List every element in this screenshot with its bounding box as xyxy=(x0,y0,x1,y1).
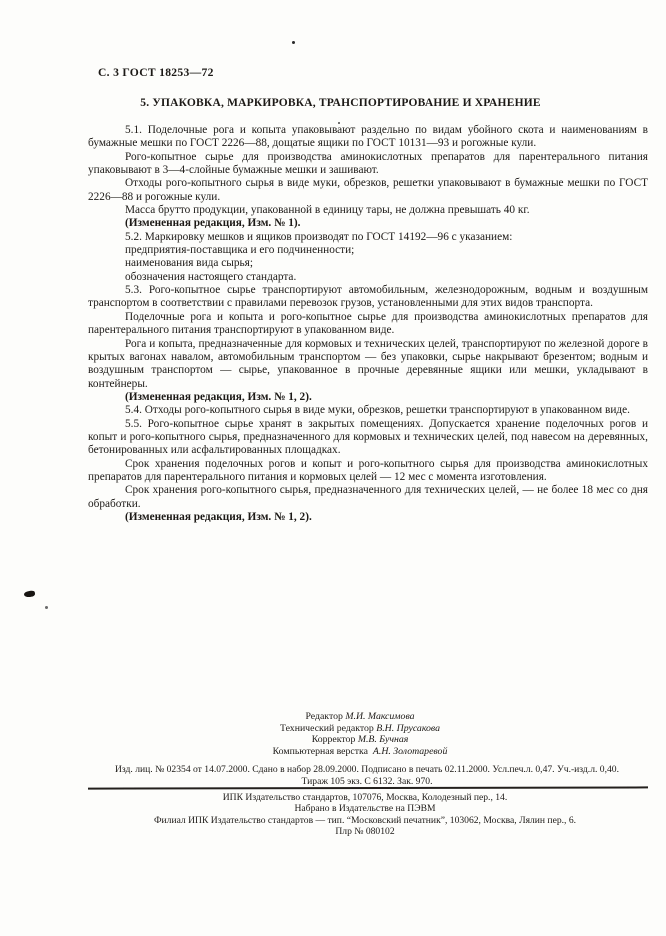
list-item: обозначения настоящего стандарта. xyxy=(88,271,648,284)
paragraph: Поделочные рога и копыта и рого-копытное… xyxy=(88,311,648,338)
paragraph: 5.5. Рого-копытное сырье хранят в закрыт… xyxy=(88,418,648,458)
scan-ink-smudge xyxy=(24,590,36,597)
imprint-block: Изд. лиц. № 02354 от 14.07.2000. Сдано в… xyxy=(84,764,650,788)
credit-name: А.Н. Золотаревой xyxy=(373,746,447,757)
paragraph: 5.4. Отходы рого-копытного сырья в виде … xyxy=(88,404,648,417)
publisher-line: Плр № 080102 xyxy=(82,826,648,837)
paragraph: Рога и копыта, предназначенные для кормо… xyxy=(88,338,648,391)
credit-line: Компьютерная верстка А.Н. Золотаревой xyxy=(80,746,640,758)
credit-role: Технический редактор xyxy=(280,723,374,734)
publisher-line: Филиал ИПК Издательство стандартов — тип… xyxy=(82,815,648,826)
credit-name: В.Н. Прусакова xyxy=(376,723,440,734)
paragraph: 5.2. Маркировку мешков и ящиков производ… xyxy=(88,231,648,244)
publisher-line: ИПК Издательство стандартов, 107076, Мос… xyxy=(82,792,648,803)
paragraph: Рого-копытное сырье для производства ами… xyxy=(88,151,648,178)
list-item: предприятия-поставщика и его подчиненнос… xyxy=(88,244,648,257)
scan-speck xyxy=(338,122,340,124)
amendment-note: (Измененная редакция, Изм. № 1). xyxy=(88,217,648,230)
document-body: 5.1. Поделочные рога и копыта упаковываю… xyxy=(88,124,648,524)
scan-speck xyxy=(292,41,295,44)
credit-name: М.В. Бучная xyxy=(358,734,409,745)
amendment-note: (Измененная редакция, Изм. № 1, 2). xyxy=(88,391,648,404)
credit-line: Корректор М.В. Бучная xyxy=(80,734,640,746)
credit-line: Редактор М.И. Максимова xyxy=(80,711,640,723)
credit-role: Редактор xyxy=(305,711,342,722)
list-item: наименования вида сырья; xyxy=(88,257,648,270)
credit-role: Корректор xyxy=(312,734,356,745)
credit-line: Технический редактор В.Н. Прусакова xyxy=(80,723,640,735)
publisher-block: ИПК Издательство стандартов, 107076, Мос… xyxy=(82,792,648,838)
scan-speck xyxy=(45,606,48,609)
paragraph: Отходы рого-копытного сырья в виде муки,… xyxy=(88,177,648,204)
credit-name: М.И. Максимова xyxy=(345,711,414,722)
credit-role: Компьютерная верстка xyxy=(273,746,368,757)
horizontal-rule xyxy=(88,786,648,789)
page-header: С. 3 ГОСТ 18253—72 xyxy=(98,66,214,79)
credits-block: Редактор М.И. Максимова Технический реда… xyxy=(80,711,640,757)
amendment-note: (Измененная редакция, Изм. № 1, 2). xyxy=(88,511,648,524)
paragraph: Масса брутто продукции, упакованной в ед… xyxy=(88,204,648,217)
imprint-line: Изд. лиц. № 02354 от 14.07.2000. Сдано в… xyxy=(84,764,650,776)
paragraph: Срок хранения рого-копытного сырья, пред… xyxy=(88,484,648,511)
paragraph: 5.3. Рого-копытное сырье транспортируют … xyxy=(88,284,648,311)
section-title: 5. УПАКОВКА, МАРКИРОВКА, ТРАНСПОРТИРОВАН… xyxy=(88,97,593,109)
paragraph: 5.1. Поделочные рога и копыта упаковываю… xyxy=(88,124,648,151)
paragraph: Срок хранения поделочных рогов и копыт и… xyxy=(88,458,648,485)
publisher-line: Набрано в Издательстве на ПЭВМ xyxy=(82,803,648,814)
scanned-gost-document-page: С. 3 ГОСТ 18253—72 5. УПАКОВКА, МАРКИРОВ… xyxy=(0,0,666,936)
